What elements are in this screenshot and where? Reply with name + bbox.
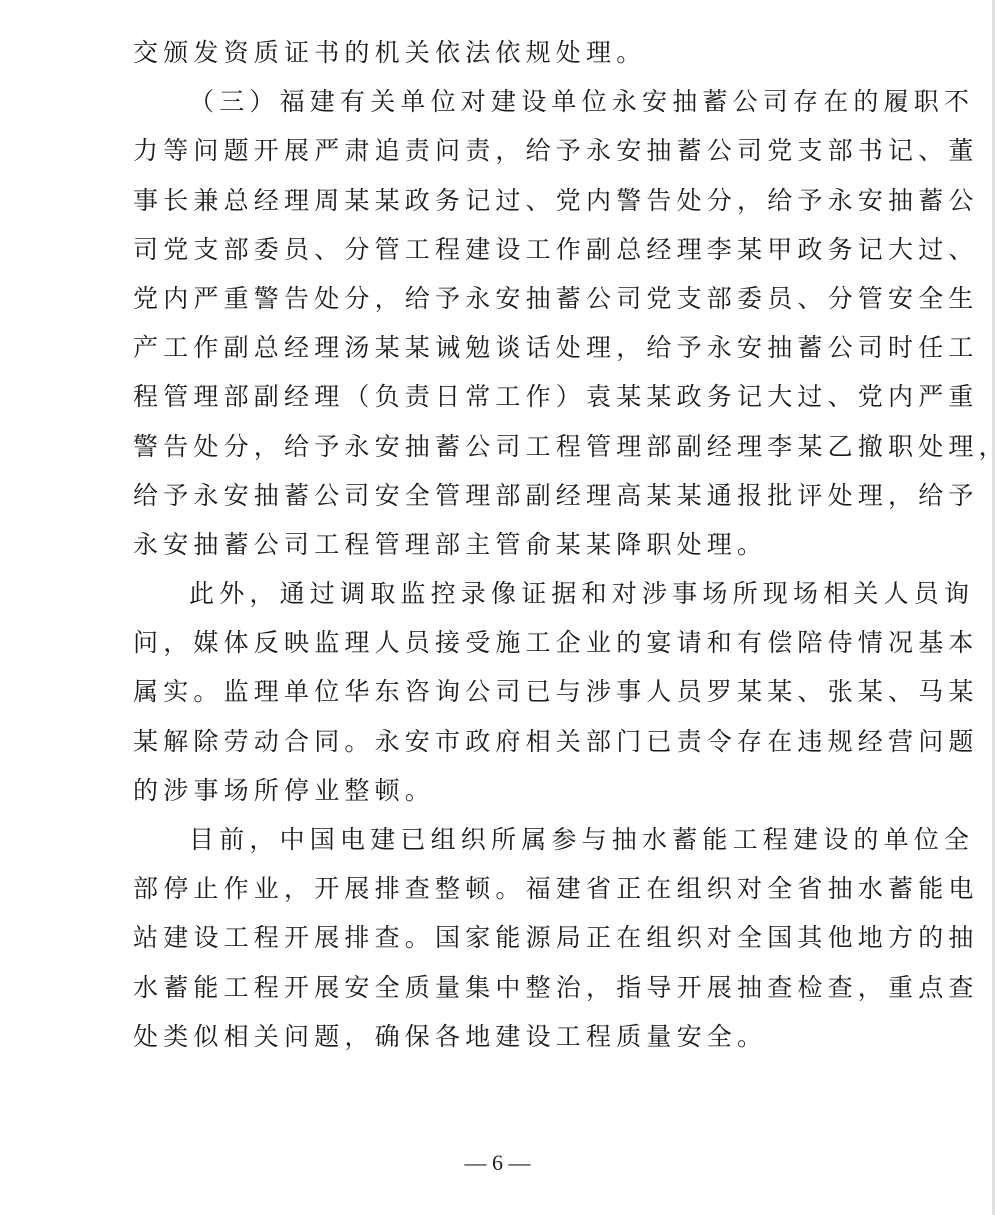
text-line: 某解除劳动合同。永安市政府相关部门已责令存在违规经营问题	[133, 717, 878, 766]
text-line: 的涉事场所停业整顿。	[133, 766, 878, 815]
text-line: 司党支部委员、分管工程建设工作副总经理李某甲政务记大过、	[133, 225, 878, 274]
paragraph-section-3: （三）福建有关单位对建设单位永安抽蓄公司存在的履职不 力等问题开展严肃追责问责，…	[133, 77, 878, 569]
document-body: 交颁发资质证书的机关依法依规处理。 （三）福建有关单位对建设单位永安抽蓄公司存在…	[133, 28, 878, 1061]
text-line: 力等问题开展严肃追责问责，给予永安抽蓄公司党支部书记、董	[133, 126, 878, 175]
text-line: 产工作副总经理汤某某诫勉谈话处理，给予永安抽蓄公司时任工	[133, 323, 878, 372]
text-line: 问，媒体反映监理人员接受施工企业的宴请和有偿陪侍情况基本	[133, 618, 878, 667]
text-line: 党内严重警告处分，给予永安抽蓄公司党支部委员、分管安全生	[133, 274, 878, 323]
text-line: 程管理部副经理（负责日常工作）袁某某政务记大过、党内严重	[133, 372, 878, 421]
text-line: 目前，中国电建已组织所属参与抽水蓄能工程建设的单位全	[133, 815, 878, 864]
text-line: 水蓄能工程开展安全质量集中整治，指导开展抽查检查，重点查	[133, 963, 878, 1012]
text-line: 处类似相关问题，确保各地建设工程质量安全。	[133, 1012, 878, 1061]
text-line: 站建设工程开展排查。国家能源局正在组织对全国其他地方的抽	[133, 913, 878, 962]
text-line: （三）福建有关单位对建设单位永安抽蓄公司存在的履职不	[133, 77, 878, 126]
document-page: 交颁发资质证书的机关依法依规处理。 （三）福建有关单位对建设单位永安抽蓄公司存在…	[0, 0, 992, 1215]
page-number: — 6 —	[0, 1150, 995, 1176]
paragraph-besides: 此外，通过调取监控录像证据和对涉事场所现场相关人员询 问，媒体反映监理人员接受施…	[133, 569, 878, 815]
text-line: 给予永安抽蓄公司安全管理部副经理高某某通报批评处理，给予	[133, 471, 878, 520]
paragraph-end-previous: 交颁发资质证书的机关依法依规处理。	[133, 28, 878, 77]
text-line: 事长兼总经理周某某政务记过、党内警告处分，给予永安抽蓄公	[133, 176, 878, 225]
text-line: 交颁发资质证书的机关依法依规处理。	[133, 28, 878, 77]
text-line: 永安抽蓄公司工程管理部主管俞某某降职处理。	[133, 520, 878, 569]
paragraph-currently: 目前，中国电建已组织所属参与抽水蓄能工程建设的单位全 部停止作业，开展排查整顿。…	[133, 815, 878, 1061]
text-line: 此外，通过调取监控录像证据和对涉事场所现场相关人员询	[133, 569, 878, 618]
text-line: 部停止作业，开展排查整顿。福建省正在组织对全省抽水蓄能电	[133, 864, 878, 913]
text-line: 属实。监理单位华东咨询公司已与涉事人员罗某某、张某、马某	[133, 667, 878, 716]
text-line: 警告处分，给予永安抽蓄公司工程管理部副经理李某乙撤职处理，	[133, 422, 878, 471]
